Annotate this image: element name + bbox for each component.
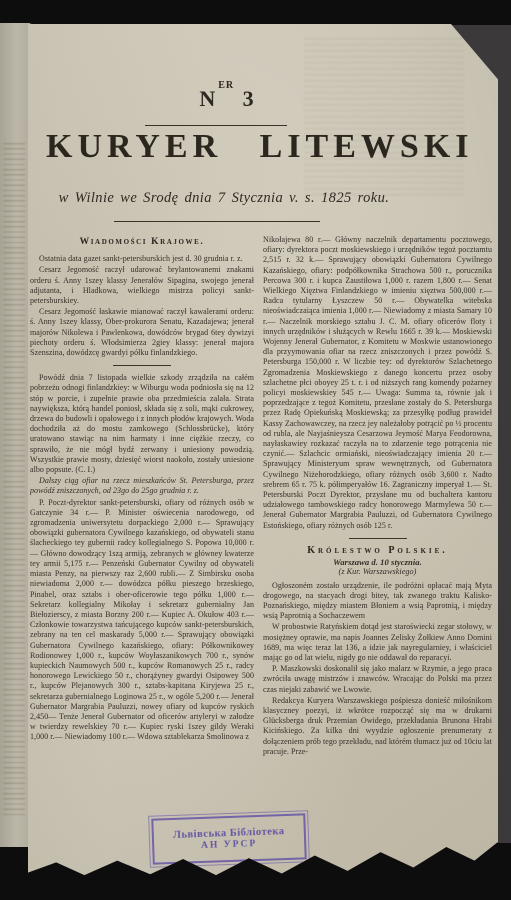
dateline: w Wilnie we Srodę dnia 7 Stycznia v. s. …: [56, 190, 392, 207]
stamp-line-1: Львівська Бібліотека: [173, 826, 285, 841]
news-paragraph: Cesarz Jegomość raczył udarować brylanto…: [30, 265, 254, 306]
news-paragraph: W probostwie Ratyńskiem dotąd jest staro…: [263, 622, 492, 663]
news-paragraph: Redakcya Kuryera Warszawskiego pośpiesza…: [263, 696, 492, 757]
stamp-line-2: АН УРСР: [201, 839, 258, 851]
news-paragraph: Cesarz Jegomość łaskawie mianować raczył…: [30, 307, 254, 358]
scan-background-top: [0, 0, 511, 25]
section-header-domestic-news: Wiadomości Krajowe.: [30, 237, 254, 247]
section-header-kingdom-of-poland: Królestwo Polskie.: [263, 546, 492, 556]
news-paragraph: Ogłoszoném zostało urządzenie, ile podró…: [263, 581, 492, 622]
masthead: Ner 3 KURYER LITEWSKI w Wilnie we Srodę …: [28, 24, 498, 236]
issue-label: N: [199, 86, 218, 111]
issue-rule: [145, 125, 287, 126]
issue-superscript: er: [218, 80, 234, 91]
news-paragraph: P. Maszkowski doskonalił się jako malarz…: [263, 664, 492, 695]
article-columns: Wiadomości Krajowe. Ostatnia data gazet …: [30, 235, 492, 801]
library-stamp: Львівська Бібліотека АН УРСР: [151, 813, 307, 864]
right-column: Nikołajewa 80 r.— Główny naczelnik depar…: [263, 235, 492, 801]
scanned-newspaper-page: Ner 3 KURYER LITEWSKI w Wilnie we Srodę …: [0, 0, 511, 900]
issue-number: Ner 3: [158, 80, 298, 112]
left-column: Wiadomości Krajowe. Ostatnia data gazet …: [30, 235, 254, 801]
news-paragraph-continuation: Nikołajewa 80 r.— Główny naczelnik depar…: [263, 235, 492, 531]
issue-value: 3: [243, 86, 257, 111]
adjacent-page-text-texture: [3, 143, 25, 817]
news-paragraph: Powódź dnia 7 listopada wielkie szkody z…: [30, 373, 254, 475]
news-paragraph: Ostatnia data gazet sankt-petersburskich…: [30, 254, 254, 264]
section-divider: [349, 538, 407, 539]
news-paragraph: P. Poczt-dyrektor sankt-petersburski, of…: [30, 498, 254, 743]
source-attribution: (z Kur. Warszawskiego): [263, 567, 492, 577]
newspaper-title: KURYER LITEWSKI: [46, 128, 450, 166]
place-date-line: Warszawa d. 10 stycznia.: [263, 557, 492, 567]
dateline-rule: [114, 221, 320, 222]
section-divider: [113, 365, 171, 366]
newspaper-sheet: Ner 3 KURYER LITEWSKI w Wilnie we Srodę …: [28, 24, 498, 876]
news-paragraph-italic: Dalszy ciąg ofiar na rzecz mieszkańców S…: [30, 476, 254, 496]
adjacent-page-edge: [0, 23, 32, 847]
